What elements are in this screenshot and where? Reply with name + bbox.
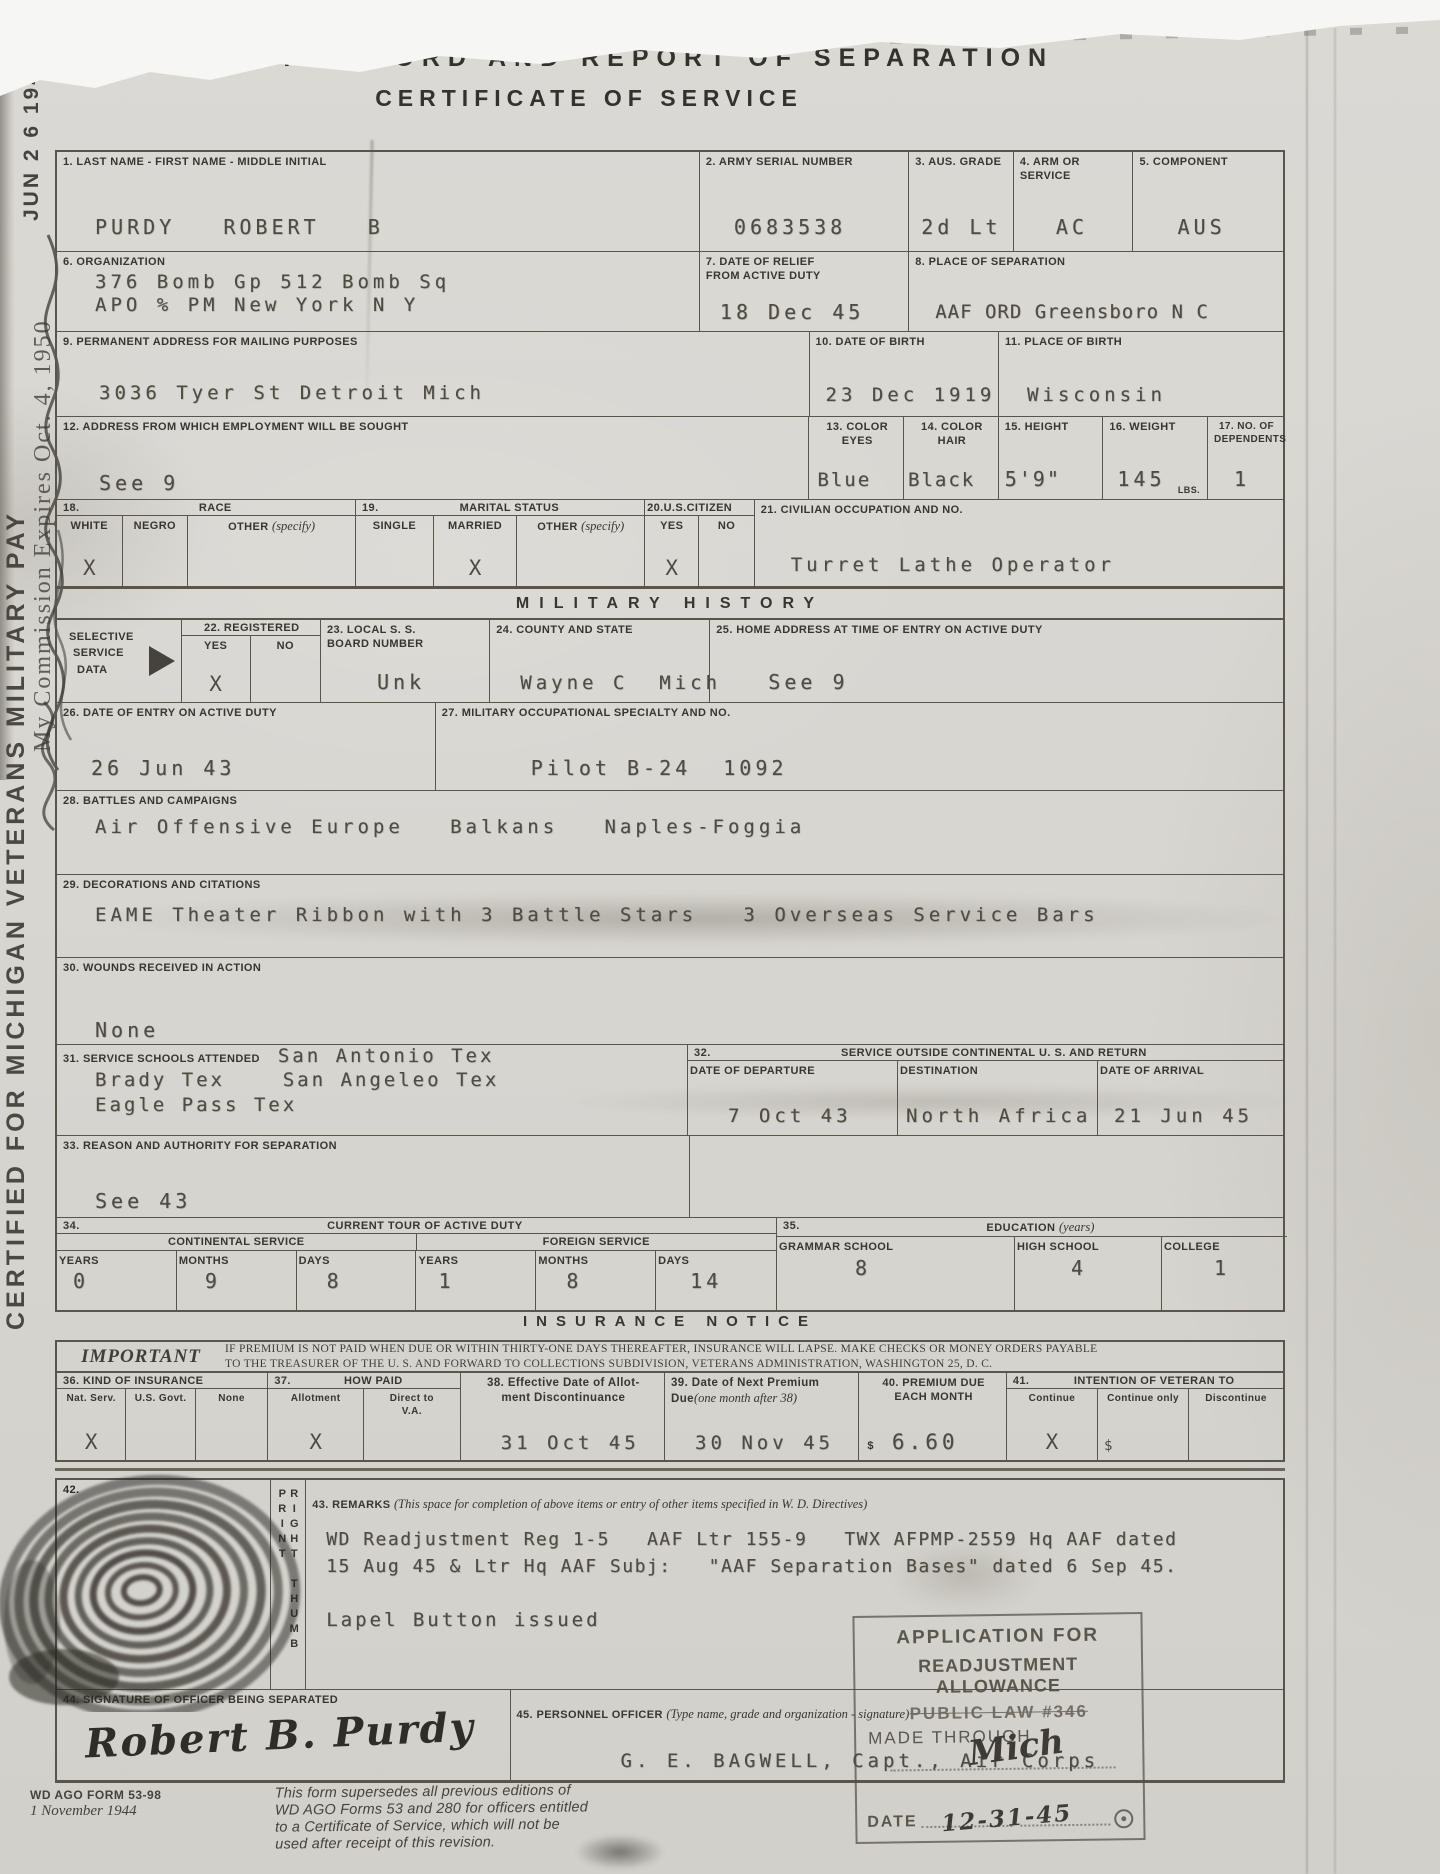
field-36-options: Nat. Serv. X U.S. Govt. None (57, 1389, 267, 1460)
field-40-value-row: $ 6.60 (859, 1430, 1006, 1460)
field-33-value: See 43 (57, 1189, 689, 1217)
field-21-civilian-occupation: 21. CIVILIAN OCCUPATION AND NO. Turret L… (755, 500, 1283, 586)
field-37-header: 37. HOW PAID (268, 1373, 459, 1389)
race-option-negro: NEGRO (123, 516, 189, 586)
field-38-label: 38. Effective Date of Allot- ment Discon… (461, 1373, 664, 1406)
separated-officer-signature: Robert B. Purdy (84, 1704, 476, 1768)
field-10-label: 10. DATE OF BIRTH (810, 332, 998, 349)
field-13-color-eyes: 13. COLOR EYES Blue (809, 417, 904, 499)
stamp-line3: PUBLIC LAW #346 (856, 1701, 1142, 1725)
months-label: MONTHS (536, 1251, 590, 1268)
field-39-label: 39. Date of Next Premium (665, 1373, 858, 1391)
stamp-line1: APPLICATION FOR (855, 1624, 1141, 1650)
field-42-number: 42. (57, 1480, 270, 1497)
us-govt-label: U.S. Govt. (133, 1389, 189, 1405)
citizen-option-yes: YES X (645, 516, 699, 586)
race-option-white: WHITE X (57, 516, 123, 586)
readjustment-allowance-stamp: APPLICATION FOR READJUSTMENT ALLOWANCE P… (852, 1612, 1145, 1844)
field-9-permanent-address: 9. PERMANENT ADDRESS FOR MAILING PURPOSE… (57, 332, 810, 416)
field-35-number: 35. (783, 1220, 800, 1235)
field-21-value: Turret Lathe Operator (755, 554, 1283, 586)
field-18-race: 18. RACE WHITE X NEGRO OTHER (specify) (57, 500, 356, 586)
field-9-value: 3036 Tyer St Detroit Mich (57, 382, 809, 416)
race-other-label: OTHER (specify) (226, 516, 317, 534)
field-15-height: 15. HEIGHT 5'9" (999, 417, 1104, 499)
days-label: DAYS (656, 1251, 691, 1268)
continental-years-value: 0 (57, 1269, 89, 1293)
race-option-other: OTHER (specify) (188, 516, 355, 586)
field-35-banner: 35. EDUCATION (years) (777, 1218, 1287, 1237)
form-row-10: 30. WOUNDS RECEIVED IN ACTION None (57, 958, 1283, 1045)
insurance-notice-banner: INSURANCE NOTICE (55, 1313, 1285, 1330)
field-28-label: 28. BATTLES AND CAMPAIGNS (57, 791, 1283, 808)
field-35-education: 35. EDUCATION (years) GRAMMAR SCHOOL 8 H… (777, 1218, 1287, 1310)
field-14-label: 14. COLOR HAIR (904, 417, 998, 449)
field-40-premium-due: 40. PREMIUM DUE EACH MONTH $ 6.60 (859, 1373, 1007, 1460)
field-14-color-hair: 14. COLOR HAIR Black (904, 417, 999, 499)
registration-mark-icon (1114, 1809, 1133, 1828)
handwritten-date: 12-31-45 (940, 1799, 1073, 1837)
citizen-no-label: NO (716, 516, 737, 533)
separation-form: 1. LAST NAME - FIRST NAME - MIDDLE INITI… (55, 150, 1285, 1312)
field-30-wounds: 30. WOUNDS RECEIVED IN ACTION None (57, 958, 1283, 1044)
field-8-place-of-separation: 8. PLACE OF SEPARATION AAF ORD Greensbor… (909, 252, 1283, 331)
field-12-employment-address: 12. ADDRESS FROM WHICH EMPLOYMENT WILL B… (57, 417, 809, 499)
field-30-label: 30. WOUNDS RECEIVED IN ACTION (57, 958, 1283, 975)
field-7-label: 7. DATE OF RELIEF FROM ACTIVE DUTY (700, 252, 908, 284)
form-row-3: 9. PERMANENT ADDRESS FOR MAILING PURPOSE… (57, 332, 1283, 417)
insurance-us-govt: U.S. Govt. (126, 1389, 195, 1460)
continental-months: MONTHS 9 (177, 1251, 297, 1310)
field-23-value: Unk (321, 670, 489, 702)
service-group-headers: CONTINENTAL SERVICE FOREIGN SERVICE (57, 1234, 776, 1251)
marital-married-checkmark: X (469, 556, 482, 586)
departure-value: 7 Oct 43 (688, 1105, 852, 1135)
field-24-value: Wayne C Mich (490, 672, 709, 702)
field-22-header: 22. REGISTERED (182, 620, 320, 636)
heavy-divider-rule (55, 1468, 1285, 1471)
arrival-label: DATE OF ARRIVAL (1098, 1061, 1206, 1078)
field-22-registered: 22. REGISTERED YES X NO (182, 620, 321, 702)
paid-allotment: Allotment X (268, 1389, 364, 1460)
insurance-important-box: IMPORTANT IF PREMIUM IS NOT PAID WHEN DU… (55, 1340, 1285, 1373)
field-37-options: Allotment X Direct to V.A. (268, 1389, 459, 1460)
field-41-header: 41. INTENTION OF VETERAN TO (1007, 1373, 1283, 1389)
form-row-4: 12. ADDRESS FROM WHICH EMPLOYMENT WILL B… (57, 417, 1283, 500)
months-label: MONTHS (177, 1251, 231, 1268)
citizen-option-no: NO (699, 516, 753, 586)
continue-label: Continue (1027, 1389, 1078, 1405)
field-34-number: 34. (63, 1220, 80, 1232)
marital-option-married: MARRIED X (434, 516, 518, 586)
form-row-13: 34. CURRENT TOUR OF ACTIVE DUTY CONTINEN… (57, 1218, 1283, 1310)
field-40-label: 40. PREMIUM DUE EACH MONTH (859, 1373, 1006, 1405)
field-20-title: 20.U.S.CITIZEN (647, 502, 732, 514)
field-3-grade: 3. AUS. GRADE 2d Lt (909, 152, 1014, 251)
important-text-line1: IF PREMIUM IS NOT PAID WHEN DUE OR WITHI… (225, 1342, 1098, 1356)
field-25-value: See 9 (710, 670, 1283, 702)
high-school-column: HIGH SCHOOL 4 (1015, 1237, 1162, 1310)
nat-serv-label: Nat. Serv. (65, 1389, 118, 1405)
arrival-value: 21 Jun 45 (1098, 1105, 1253, 1135)
field-16-weight: 16. WEIGHT 145 LBS. (1103, 417, 1208, 499)
field-37-number: 37. (274, 1375, 291, 1387)
remarks-line2: 15 Aug 45 & Ltr Hq AAF Subj: "AAF Separa… (306, 1550, 1283, 1577)
stamp-date-label: DATE (867, 1813, 918, 1832)
field-8-label: 8. PLACE OF SEPARATION (909, 252, 1283, 269)
field-27-label: 27. MILITARY OCCUPATIONAL SPECIALTY AND … (436, 703, 1283, 720)
marital-married-label: MARRIED (446, 516, 504, 533)
field-41-options: Continue X Continue only $ Discontinue (1007, 1389, 1283, 1460)
arrival-column: DATE OF ARRIVAL 21 Jun 45 (1098, 1061, 1283, 1135)
none-label: None (216, 1389, 247, 1405)
registered-option-no: NO (251, 636, 320, 702)
field-19-marital-status: 19. MARITAL STATUS SINGLE MARRIED X OTHE… (356, 500, 645, 586)
field-28-battles-campaigns: 28. BATTLES AND CAMPAIGNS Air Offensive … (57, 791, 1283, 874)
field-20-options: YES X NO (645, 516, 754, 586)
citizen-yes-checkmark: X (665, 556, 678, 586)
marital-single-label: SINGLE (371, 516, 418, 533)
field-23-board-number: 23. LOCAL S. S. BOARD NUMBER Unk (321, 620, 490, 702)
field-25-label: 25. HOME ADDRESS AT TIME OF ENTRY ON ACT… (710, 620, 1283, 637)
form-row-7: 26. DATE OF ENTRY ON ACTIVE DUTY 26 Jun … (57, 703, 1283, 791)
days-label: DAYS (297, 1251, 332, 1268)
continental-years: YEARS 0 (57, 1251, 177, 1310)
registered-yes-label: YES (202, 636, 229, 653)
remarks-line1: WD Readjustment Reg 1-5 AAF Ltr 155-9 TW… (306, 1513, 1283, 1550)
departure-label: DATE OF DEPARTURE (688, 1061, 817, 1078)
intention-continue: Continue X (1007, 1389, 1098, 1460)
field-6-label: 6. ORGANIZATION (57, 252, 699, 269)
registered-yes-checkmark: X (209, 672, 222, 702)
field-19-number: 19. (362, 502, 379, 514)
paid-direct-va: Direct to V.A. (364, 1389, 460, 1460)
field-31-value-line3: Eagle Pass Tex (57, 1091, 687, 1116)
foreign-service-header: FOREIGN SERVICE (417, 1234, 777, 1250)
field-17-dependents: 17. NO. OF DEPENDENTS 1 (1208, 417, 1283, 499)
field-11-value: Wisconsin (999, 384, 1283, 416)
field-34-banner: 34. CURRENT TOUR OF ACTIVE DUTY (57, 1218, 776, 1234)
high-school-value: 4 (1015, 1254, 1087, 1280)
foreign-years: YEARS 1 (416, 1251, 536, 1310)
field-1-label: 1. LAST NAME - FIRST NAME - MIDDLE INITI… (57, 152, 699, 169)
selective-service-data-block: SELECTIVE SERVICE DATA (57, 620, 182, 702)
field-1-name: 1. LAST NAME - FIRST NAME - MIDDLE INITI… (57, 152, 700, 251)
field-18-title: RACE (80, 502, 352, 514)
field-33-reason-for-separation: 33. REASON AND AUTHORITY FOR SEPARATION … (57, 1136, 690, 1217)
form-row-5: 18. RACE WHITE X NEGRO OTHER (specify) (57, 500, 1283, 587)
field-11-place-of-birth: 11. PLACE OF BIRTH Wisconsin (999, 332, 1283, 416)
field-32-service-outside-us: 32. SERVICE OUTSIDE CONTINENTAL U. S. AN… (688, 1045, 1283, 1135)
form-row-8: 28. BATTLES AND CAMPAIGNS Air Offensive … (57, 791, 1283, 875)
field-43-label: 43. REMARKS (This space for completion o… (306, 1480, 1283, 1513)
marital-other-label: OTHER (specify) (535, 516, 626, 534)
field-37-how-paid: 37. HOW PAID Allotment X Direct to V.A. (268, 1373, 460, 1460)
years-label: YEARS (57, 1251, 101, 1268)
field-3-value: 2d Lt (909, 215, 1013, 251)
field-20-header: 20.U.S.CITIZEN (645, 500, 754, 516)
selective-service-line1: SELECTIVE (57, 620, 181, 644)
scanned-document-paper: MILITARY RECORD AND REPORT OF SEPARATION… (0, 0, 1440, 1874)
field-41-number: 41. (1013, 1375, 1030, 1387)
field-19-options: SINGLE MARRIED X OTHER (specify) (356, 516, 644, 586)
field-4-value: AC (1014, 215, 1133, 251)
field-41-title: INTENTION OF VETERAN TO (1029, 1375, 1279, 1387)
field-32-number: 32. (694, 1047, 711, 1059)
field-2-value: 0683538 (700, 215, 908, 251)
military-history-banner: MILITARY HISTORY (57, 587, 1283, 620)
note-line4: used after receipt of this revision. (275, 1834, 588, 1854)
field-33-label: 33. REASON AND AUTHORITY FOR SEPARATION (57, 1136, 689, 1153)
years-label: YEARS (416, 1251, 460, 1268)
grammar-school-column: GRAMMAR SCHOOL 8 (777, 1237, 1015, 1310)
allotment-checkmark: X (309, 1430, 322, 1460)
field-21-label: 21. CIVILIAN OCCUPATION AND NO. (755, 500, 1283, 517)
race-white-checkmark: X (83, 556, 96, 586)
field-6-organization: 6. ORGANIZATION 376 Bomb Gp 512 Bomb Sq … (57, 252, 700, 331)
field-15-label: 15. HEIGHT (999, 417, 1103, 434)
field-19-title: MARITAL STATUS (379, 502, 641, 514)
nat-serv-checkmark: X (85, 1430, 98, 1460)
race-negro-label: NEGRO (132, 516, 178, 533)
form-supersedes-note: This form supersedes all previous editio… (275, 1782, 589, 1854)
continue-only-dollar: $ (1098, 1438, 1112, 1460)
discontinue-label: Discontinue (1203, 1389, 1269, 1405)
form-row-11: 31. SERVICE SCHOOLS ATTENDED San Antonio… (57, 1045, 1283, 1136)
field-7-date-of-relief: 7. DATE OF RELIEF FROM ACTIVE DUTY 18 De… (700, 252, 909, 331)
college-label: COLLEGE (1162, 1237, 1222, 1254)
field-28-value: Air Offensive Europe Balkans Naples-Fogg… (57, 808, 1283, 838)
field-16-label: 16. WEIGHT (1103, 417, 1207, 434)
citizen-yes-label: YES (658, 516, 685, 533)
destination-column: DESTINATION North Africa (898, 1061, 1098, 1135)
field-10-date-of-birth: 10. DATE OF BIRTH 23 Dec 1919 (810, 332, 999, 416)
grammar-school-label: GRAMMAR SCHOOL (777, 1237, 895, 1254)
continue-checkmark: X (1046, 1430, 1059, 1460)
continental-days-value: 8 (297, 1269, 343, 1293)
field-34-title: CURRENT TOUR OF ACTIVE DUTY (80, 1220, 770, 1232)
continue-only-label: Continue only (1105, 1389, 1181, 1405)
field-38-allotment-discontinuance: 38. Effective Date of Allot- ment Discon… (461, 1373, 665, 1460)
field-11-label: 11. PLACE OF BIRTH (999, 332, 1283, 349)
field-13-label: 13. COLOR EYES (809, 417, 903, 449)
field-25-home-address: 25. HOME ADDRESS AT TIME OF ENTRY ON ACT… (710, 620, 1283, 702)
field-36-title: 36. KIND OF INSURANCE (63, 1375, 203, 1387)
page-subtitle: CERTIFICATE OF SERVICE (0, 85, 1178, 112)
field-18-options: WHITE X NEGRO OTHER (specify) (57, 516, 355, 586)
field-12-value: See 9 (57, 471, 808, 499)
field-5-component: 5. COMPONENT AUS (1133, 152, 1283, 251)
page-title: MILITARY RECORD AND REPORT OF SEPARATION (0, 44, 1178, 73)
grammar-school-value: 8 (777, 1254, 871, 1280)
field-32-banner: 32. SERVICE OUTSIDE CONTINENTAL U. S. AN… (688, 1045, 1283, 1061)
form-row-9: 29. DECORATIONS AND CITATIONS EAME Theat… (57, 875, 1283, 958)
field-8-value: AAF ORD Greensboro N C (909, 301, 1283, 331)
tour-columns: YEARS 0 MONTHS 9 DAYS 8 YEARS 1 (57, 1251, 776, 1310)
field-17-value: 1 (1208, 467, 1283, 499)
field-22-title: 22. REGISTERED (188, 622, 316, 634)
important-text: IF PREMIUM IS NOT PAID WHEN DUE OR WITHI… (225, 1342, 1104, 1371)
field-34-current-tour: 34. CURRENT TOUR OF ACTIVE DUTY CONTINEN… (57, 1218, 777, 1310)
field-22-options: YES X NO (182, 636, 320, 702)
field-32-continuation (690, 1136, 1283, 1217)
field-24-label: 24. COUNTY AND STATE (490, 620, 709, 637)
field-4-arm-or-service: 4. ARM OR SERVICE AC (1014, 152, 1134, 251)
stamp-line2: READJUSTMENT ALLOWANCE (855, 1653, 1142, 1699)
field-10-value: 23 Dec 1919 (810, 384, 998, 416)
field-31-first-line: 31. SERVICE SCHOOLS ATTENDED San Antonio… (57, 1045, 687, 1067)
intention-discontinue: Discontinue (1189, 1389, 1283, 1460)
field-19-header: 19. MARITAL STATUS (356, 500, 644, 516)
field-26-label: 26. DATE OF ENTRY ON ACTIVE DUTY (57, 703, 435, 720)
insurance-nat-serv: Nat. Serv. X (57, 1389, 126, 1460)
ink-stain (575, 1834, 665, 1870)
marital-option-single: SINGLE (356, 516, 434, 586)
foreign-years-value: 1 (416, 1269, 454, 1293)
destination-value: North Africa (898, 1105, 1091, 1135)
important-word: IMPORTANT (57, 1346, 225, 1368)
field-27-value: Pilot B-24 1092 (436, 756, 1283, 790)
field-14-value: Black (904, 469, 998, 499)
high-school-label: HIGH SCHOOL (1015, 1237, 1101, 1254)
field-5-label: 5. COMPONENT (1133, 152, 1283, 169)
education-columns: GRAMMAR SCHOOL 8 HIGH SCHOOL 4 COLLEGE 1 (777, 1237, 1287, 1310)
field-31-label: 31. SERVICE SCHOOLS ATTENDED (57, 1049, 264, 1066)
destination-label: DESTINATION (898, 1061, 980, 1078)
continental-months-value: 9 (177, 1269, 221, 1293)
field-16-unit: LBS. (1172, 482, 1204, 497)
field-35-title: EDUCATION (years) (800, 1220, 1281, 1235)
fold-line (1306, 28, 1308, 1874)
field-31-value-inline: San Antonio Tex (264, 1045, 495, 1067)
field-40-value: 6.60 (874, 1430, 959, 1454)
foreign-months: MONTHS 8 (536, 1251, 656, 1310)
field-36-kind-of-insurance: 36. KIND OF INSURANCE Nat. Serv. X U.S. … (57, 1373, 268, 1460)
field-1-value: PURDY ROBERT B (57, 215, 699, 251)
selective-service-arrow-icon (149, 646, 175, 676)
insurance-table: 36. KIND OF INSURANCE Nat. Serv. X U.S. … (55, 1373, 1285, 1462)
race-white-label: WHITE (69, 516, 110, 533)
field-39-next-premium-due: 39. Date of Next Premium Due(one month a… (665, 1373, 859, 1460)
field-9-label: 9. PERMANENT ADDRESS FOR MAILING PURPOSE… (57, 332, 809, 349)
field-4-label: 4. ARM OR SERVICE (1014, 152, 1133, 184)
insurance-none: None (196, 1389, 268, 1460)
foreign-days: DAYS 14 (656, 1251, 776, 1310)
registered-no-label: NO (275, 636, 296, 653)
field-31-value-line2: Brady Tex San Angeleo Tex (57, 1067, 687, 1091)
marital-option-other: OTHER (specify) (517, 516, 644, 586)
field-18-number: 18. (63, 502, 80, 514)
field-39-value: 30 Nov 45 (665, 1432, 858, 1460)
field-24-county-state: 24. COUNTY AND STATE Wayne C Mich (490, 620, 710, 702)
field-37-title: HOW PAID (291, 1375, 456, 1387)
direct-va-label: Direct to V.A. (388, 1389, 436, 1418)
field-29-decorations: 29. DECORATIONS AND CITATIONS EAME Theat… (57, 875, 1283, 957)
form-row-1: 1. LAST NAME - FIRST NAME - MIDDLE INITI… (57, 152, 1283, 252)
field-15-value: 5'9" (999, 467, 1103, 499)
thumbprint-image (0, 1472, 306, 1712)
foreign-days-value: 14 (656, 1269, 722, 1293)
field-23-label: 23. LOCAL S. S. BOARD NUMBER (321, 620, 489, 652)
field-20-us-citizen: 20.U.S.CITIZEN YES X NO (645, 500, 755, 586)
field-39-label2: Due(one month after 38) (665, 1391, 858, 1407)
college-value: 1 (1162, 1254, 1230, 1280)
continental-days: DAYS 8 (297, 1251, 417, 1310)
important-text-line2: TO THE TREASURER OF THE U. S. AND FORWAR… (225, 1357, 1098, 1371)
field-32-title: SERVICE OUTSIDE CONTINENTAL U. S. AND RE… (711, 1047, 1277, 1059)
field-27-mos: 27. MILITARY OCCUPATIONAL SPECIALTY AND … (436, 703, 1283, 790)
form-row-6: SELECTIVE SERVICE DATA 22. REGISTERED YE… (57, 620, 1283, 703)
continental-service-header: CONTINENTAL SERVICE (57, 1234, 417, 1250)
field-2-serial-number: 2. ARMY SERIAL NUMBER 0683538 (700, 152, 909, 251)
field-29-value: EAME Theater Ribbon with 3 Battle Stars … (57, 892, 1283, 926)
field-3-label: 3. AUS. GRADE (909, 152, 1013, 169)
foreign-months-value: 8 (536, 1269, 582, 1293)
intention-continue-only: Continue only $ (1098, 1389, 1189, 1460)
fold-line (1334, 28, 1336, 1874)
field-6-value-line2: APO % PM New York N Y (57, 293, 699, 316)
field-38-value: 31 Oct 45 (461, 1432, 664, 1460)
field-32-columns: DATE OF DEPARTURE 7 Oct 43 DESTINATION N… (688, 1061, 1283, 1135)
field-41-intention: 41. INTENTION OF VETERAN TO Continue X C… (1007, 1373, 1283, 1460)
field-2-label: 2. ARMY SERIAL NUMBER (700, 152, 908, 169)
field-26-date-of-entry: 26. DATE OF ENTRY ON ACTIVE DUTY 26 Jun … (57, 703, 436, 790)
field-6-value-line1: 376 Bomb Gp 512 Bomb Sq (57, 269, 699, 293)
field-12-label: 12. ADDRESS FROM WHICH EMPLOYMENT WILL B… (57, 417, 808, 434)
field-36-header: 36. KIND OF INSURANCE (57, 1373, 267, 1389)
field-29-label: 29. DECORATIONS AND CITATIONS (57, 875, 1283, 892)
registered-option-yes: YES X (182, 636, 251, 702)
field-17-label: 17. NO. OF DEPENDENTS (1208, 417, 1283, 446)
field-18-header: 18. RACE (57, 500, 355, 516)
departure-column: DATE OF DEPARTURE 7 Oct 43 (688, 1061, 898, 1135)
field-26-value: 26 Jun 43 (57, 756, 435, 790)
field-30-value: None (57, 1018, 1283, 1044)
field-13-value: Blue (809, 469, 903, 499)
allotment-label: Allotment (289, 1389, 343, 1405)
field-31-service-schools: 31. SERVICE SCHOOLS ATTENDED San Antonio… (57, 1045, 688, 1135)
form-row-2: 6. ORGANIZATION 376 Bomb Gp 512 Bomb Sq … (57, 252, 1283, 332)
field-7-value: 18 Dec 45 (700, 300, 908, 331)
document-title: MILITARY RECORD AND REPORT OF SEPARATION… (0, 44, 1178, 112)
college-column: COLLEGE 1 (1162, 1237, 1287, 1310)
form-row-12: 33. REASON AND AUTHORITY FOR SEPARATION … (57, 1136, 1283, 1218)
field-5-value: AUS (1133, 215, 1283, 251)
